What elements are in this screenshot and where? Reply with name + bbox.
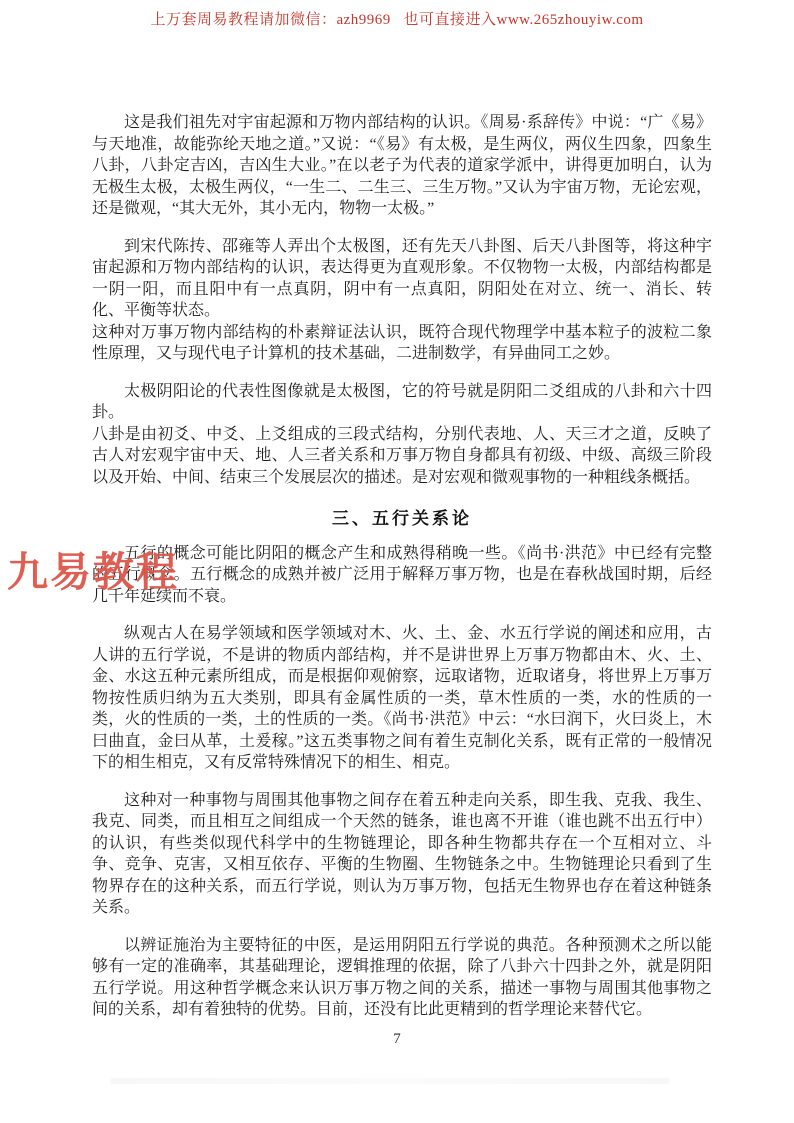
paragraph-five-relations-chain: 这种对一种事物与周围其他事物之间存在着五种走向关系，即生我、克我、我生、我克、同…: [92, 790, 712, 919]
document-page: 上万套周易教程请加微信：azh9969 也可直接进入www.265zhouyiw…: [0, 0, 794, 1123]
paragraph-tcm-application: 以辨证施治为主要特征的中医，是运用阴阳五行学说的典范。各种预测术之所以能够有一定…: [92, 935, 712, 1021]
paragraph-taiji-origin: 这是我们祖先对宇宙起源和万物内部结构的认识。《周易·系辞传》中说：“广《易》与天…: [92, 112, 712, 220]
paragraph-song-dynasty-diagrams: 到宋代陈抟、邵雍等人弄出个太极图，还有先天八卦图、后天八卦图等，将这种宇宙起源和…: [92, 236, 712, 322]
document-body: 这是我们祖先对宇宙起源和万物内部结构的认识。《周易·系辞传》中说：“广《易》与天…: [92, 112, 712, 1021]
scan-artifact: [110, 1078, 670, 1084]
header-promo-text: 上万套周易教程请加微信：azh9969 也可直接进入www.265zhouyiw…: [0, 8, 794, 29]
paragraph-dialectics-physics: 这种对万事万物内部结构的朴素辩证法认识，既符合现代物理学中基本粒子的波粒二象性原…: [92, 322, 712, 365]
section-heading-five-elements: 三、五行关系论: [92, 508, 712, 530]
paragraph-taiji-symbol: 太极阴阳论的代表性图像就是太极图，它的符号就是阴阳二爻组成的八卦和六十四卦。: [92, 381, 712, 424]
watermark-text: 九易教程: [7, 539, 179, 598]
paragraph-bagua-structure: 八卦是由初爻、中爻、上爻组成的三段式结构，分别代表地、人、天三才之道，反映了古人…: [92, 424, 712, 489]
page-number: 7: [0, 1031, 794, 1048]
paragraph-five-elements-concept: 五行的概念可能比阴阳的概念产生和成熟得稍晚一些。《尚书·洪范》中已经有完整的五行…: [92, 543, 712, 608]
paragraph-five-categories: 纵观古人在易学领域和医学领域对木、火、土、金、水五行学说的阐述和应用，古人讲的五…: [92, 623, 712, 774]
